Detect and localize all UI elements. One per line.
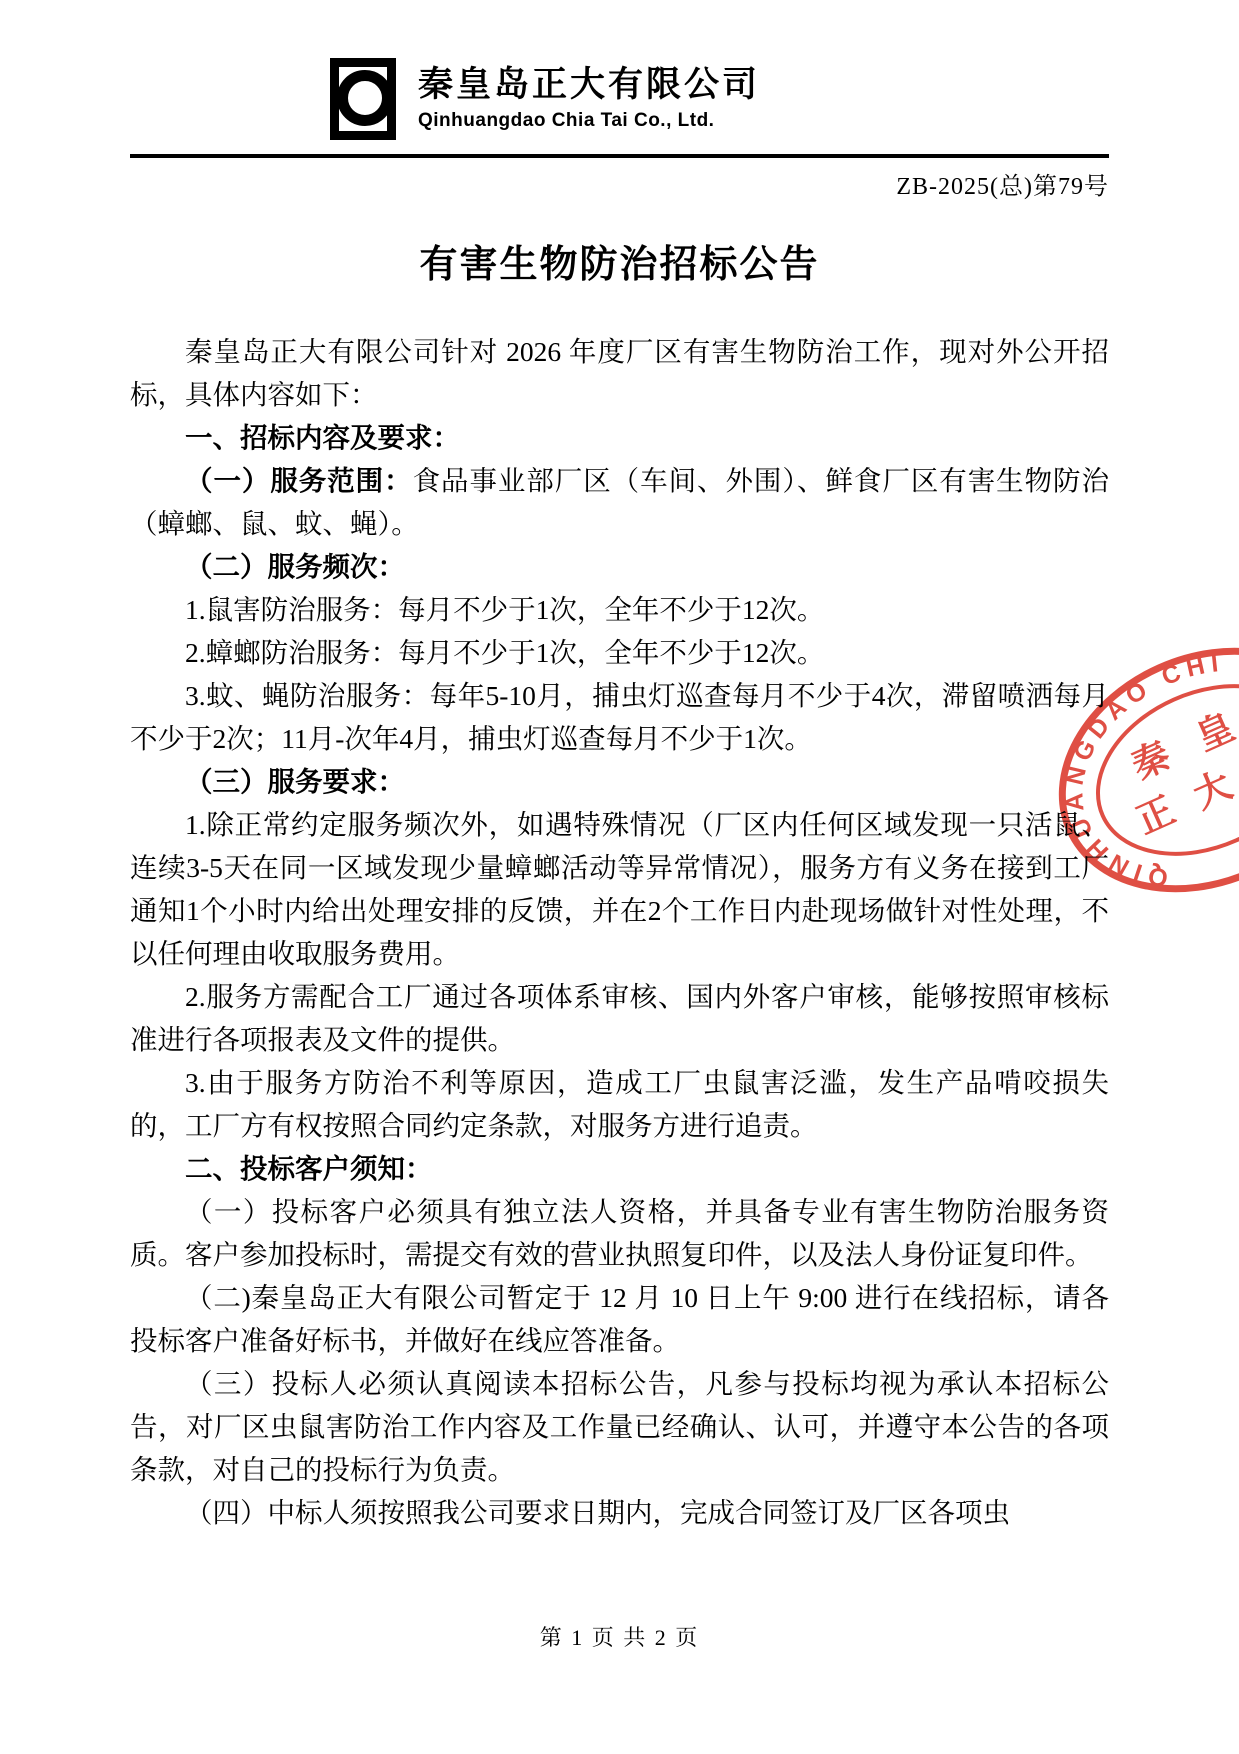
seal-center-line1: 秦 皇	[1126, 701, 1239, 788]
page-footer: 第 1 页 共 2 页	[0, 1621, 1239, 1652]
paragraph-lead: （一）服务范围：	[185, 465, 413, 496]
paragraph-lead: 二、投标客户须知：	[185, 1153, 433, 1184]
paragraph: 1.鼠害防治服务：每月不少于1次，全年不少于12次。	[130, 588, 1109, 631]
paragraph-lead: （二）服务频次：	[185, 551, 405, 582]
paragraph: 1.除正常约定服务频次外，如遇特殊情况（厂区内任何区域发现一只活鼠、连续3-5天…	[130, 803, 1109, 975]
paragraph: 秦皇岛正大有限公司针对 2026 年度厂区有害生物防治工作，现对外公开招标，具体…	[130, 330, 1109, 416]
paragraph-text: 2.服务方需配合工厂通过各项体系审核、国内外客户审核，能够按照审核标准进行各项报…	[130, 981, 1109, 1055]
paragraph: （一）服务范围：食品事业部厂区（车间、外围）、鲜食厂区有害生物防治（蟑螂、鼠、蚊…	[130, 459, 1109, 545]
section-heading: 二、投标客户须知：	[130, 1147, 1109, 1190]
paragraph: 2.蟑螂防治服务：每月不少于1次，全年不少于12次。	[130, 631, 1109, 674]
company-name-en: Qinhuangdao Chia Tai Co., Ltd.	[418, 110, 760, 132]
paragraph: （二)秦皇岛正大有限公司暂定于 12 月 10 日上午 9:00 进行在线招标，…	[130, 1276, 1109, 1362]
paragraph-text: 3.蚊、蝇防治服务：每年5-10月，捕虫灯巡查每月不少于4次，滞留喷洒每月不少于…	[130, 680, 1109, 754]
paragraph-text: 2.蟑螂防治服务：每月不少于1次，全年不少于12次。	[185, 637, 824, 668]
paragraph: （三）投标人必须认真阅读本招标公告，凡参与投标均视为承认本招标公告，对厂区虫鼠害…	[130, 1362, 1109, 1491]
paragraph-text: （一）投标客户必须具有独立法人资格，并具备专业有害生物防治服务资质。客户参加投标…	[130, 1196, 1109, 1270]
paragraph-text: 1.除正常约定服务频次外，如遇特殊情况（厂区内任何区域发现一只活鼠、连续3-5天…	[130, 809, 1109, 969]
paragraph-lead: 一、招标内容及要求：	[185, 422, 460, 453]
section-heading: （三）服务要求：	[130, 760, 1109, 803]
paragraph-lead: （三）服务要求：	[185, 766, 405, 797]
brand-block: 秦皇岛正大有限公司 Qinhuangdao Chia Tai Co., Ltd.	[330, 58, 1109, 140]
logo-ring-shape	[337, 70, 393, 126]
paragraph-text: 3.由于服务方防治不利等原因，造成工厂虫鼠害泛滥，发生产品啃咬损失的，工厂方有权…	[130, 1067, 1109, 1141]
company-name-cn: 秦皇岛正大有限公司	[418, 66, 760, 105]
paragraph-text: （四）中标人须按照我公司要求日期内，完成合同签订及厂区各项虫	[185, 1497, 1010, 1528]
document-page: 秦皇岛正大有限公司 Qinhuangdao Chia Tai Co., Ltd.…	[0, 0, 1239, 1754]
paragraph-text: 1.鼠害防治服务：每月不少于1次，全年不少于12次。	[185, 594, 824, 625]
seal-center-line2: 正 大 有	[1130, 735, 1239, 842]
company-logo-icon	[330, 58, 396, 140]
paragraph-text: （二)秦皇岛正大有限公司暂定于 12 月 10 日上午 9:00 进行在线招标，…	[130, 1282, 1109, 1356]
paragraph-text: 秦皇岛正大有限公司针对 2026 年度厂区有害生物防治工作，现对外公开招标，具体…	[130, 336, 1109, 410]
section-heading: 一、招标内容及要求：	[130, 416, 1109, 459]
paragraph: （四）中标人须按照我公司要求日期内，完成合同签订及厂区各项虫	[130, 1491, 1109, 1534]
paragraph: 3.蚊、蝇防治服务：每年5-10月，捕虫灯巡查每月不少于4次，滞留喷洒每月不少于…	[130, 674, 1109, 760]
page-title: 有害生物防治招标公告	[0, 233, 1239, 288]
paragraph: 2.服务方需配合工厂通过各项体系审核、国内外客户审核，能够按照审核标准进行各项报…	[130, 975, 1109, 1061]
document-body: 秦皇岛正大有限公司针对 2026 年度厂区有害生物防治工作，现对外公开招标，具体…	[130, 330, 1109, 1534]
brand-text: 秦皇岛正大有限公司 Qinhuangdao Chia Tai Co., Ltd.	[418, 66, 760, 132]
paragraph: （一）投标客户必须具有独立法人资格，并具备专业有害生物防治服务资质。客户参加投标…	[130, 1190, 1109, 1276]
paragraph-text: （三）投标人必须认真阅读本招标公告，凡参与投标均视为承认本招标公告，对厂区虫鼠害…	[130, 1368, 1109, 1485]
section-heading: （二）服务频次：	[130, 545, 1109, 588]
document-number: ZB-2025(总)第79号	[130, 166, 1109, 201]
paragraph: 3.由于服务方防治不利等原因，造成工厂虫鼠害泛滥，发生产品啃咬损失的，工厂方有权…	[130, 1061, 1109, 1147]
letterhead: 秦皇岛正大有限公司 Qinhuangdao Chia Tai Co., Ltd.	[130, 58, 1109, 158]
